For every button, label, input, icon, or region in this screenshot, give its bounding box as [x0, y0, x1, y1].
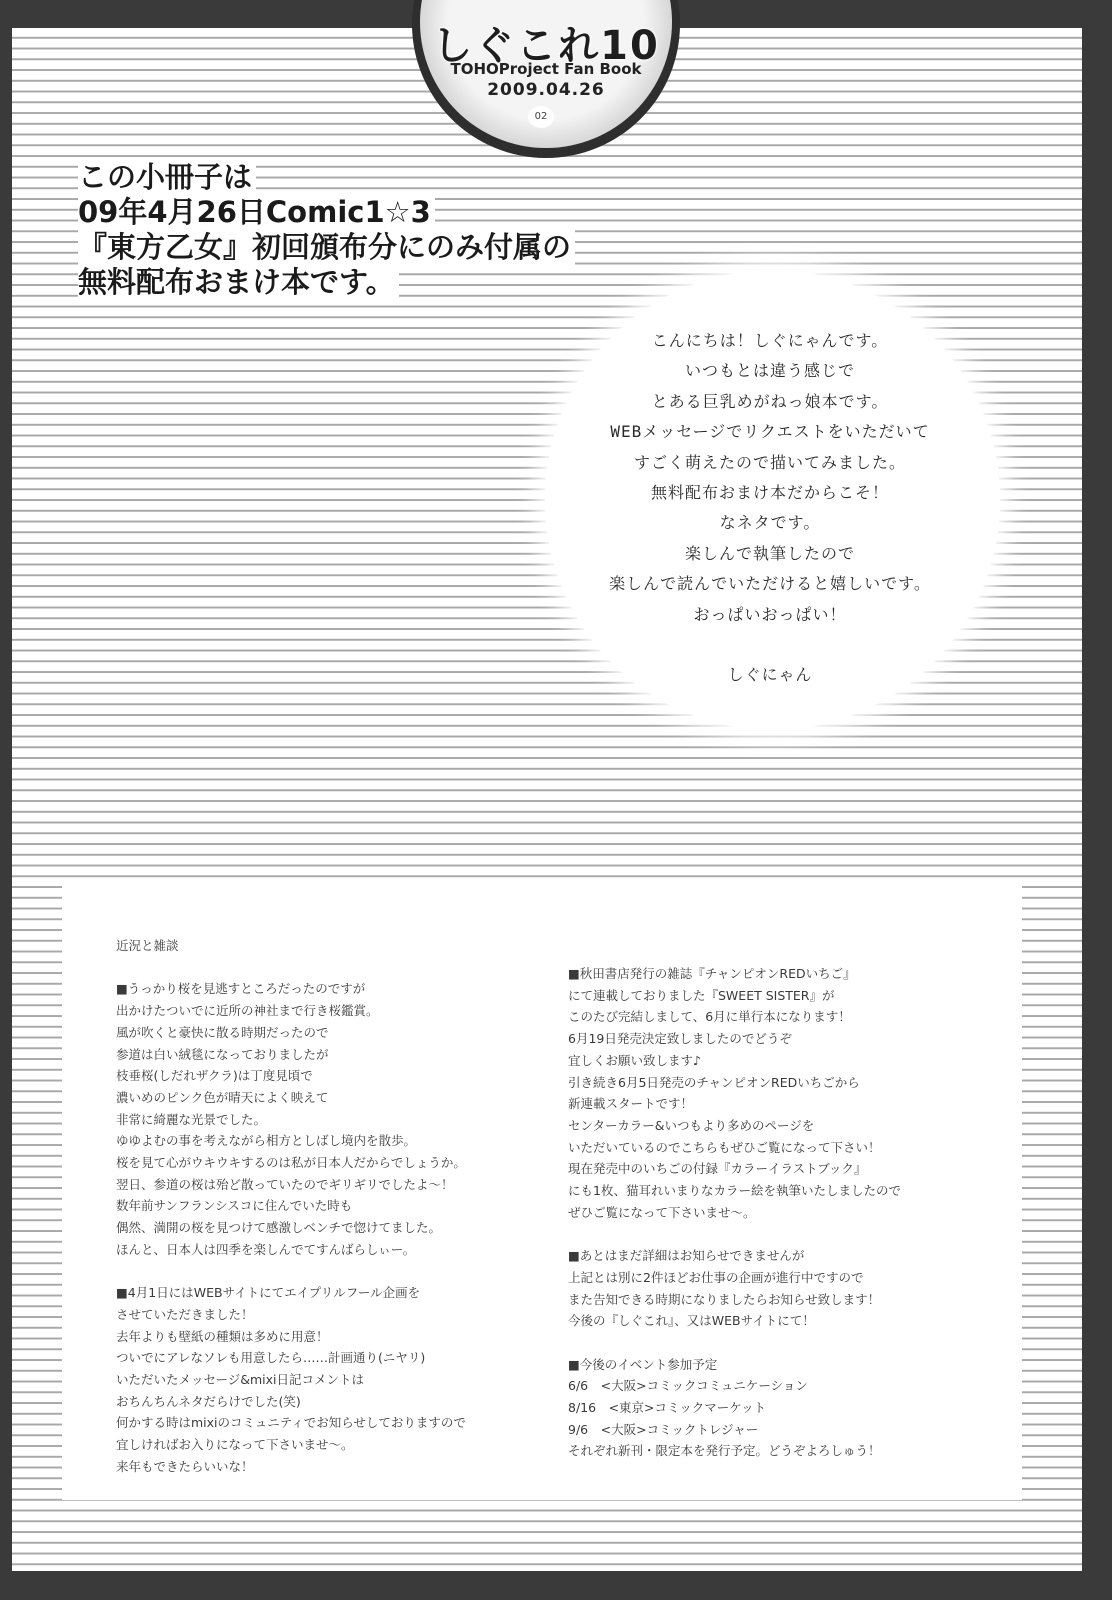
page-number: 02 — [528, 106, 554, 128]
text-line: 去年よりも壁紙の種類は多めに用意！ — [116, 1326, 536, 1348]
author-message: こんにちは！しぐにゃんです。 いつもとは違う感じで とある巨乳めがねっ娘本です。… — [560, 326, 980, 690]
text-line: 来年もできたらいいな！ — [116, 1456, 536, 1478]
text-line: させていただきました！ — [116, 1304, 536, 1326]
message-line: おっぱいおっぱい！ — [560, 600, 980, 630]
book-date: 2009.04.26 — [412, 80, 680, 100]
message-line: 無料配布おまけ本だからこそ！ — [560, 478, 980, 508]
text-line: 枝垂桜(しだれザクラ)は丁度見頃で — [116, 1065, 536, 1087]
text-line: センターカラー&いつもより多めのページを — [568, 1115, 978, 1137]
text-line: ゆゆよむの事を考えながら相方としばし境内を散歩。 — [116, 1130, 536, 1152]
text-line: おちんちんネタだらけでした(笑) — [116, 1391, 536, 1413]
notes-left-column: 近況と雑談 ■うっかり桜を見逃すところだったのですが 出かけたついでに近所の神社… — [116, 935, 536, 1499]
text-line: 風が吹くと豪快に散る時期だったので — [116, 1022, 536, 1044]
text-line: 6月19日発売決定致しましたのでどうぞ — [568, 1028, 978, 1050]
message-line: なネタです。 — [560, 508, 980, 538]
text-line: ほんと、日本人は四季を楽しんでてすんばらしぃー。 — [116, 1239, 536, 1261]
message-line: とある巨乳めがねっ娘本です。 — [560, 387, 980, 417]
headline-block: この小冊子は 09年4月26日Comic1☆3 『東方乙女』初回頒布分にのみ付属… — [78, 160, 575, 300]
message-line: いつもとは違う感じで — [560, 356, 980, 386]
text-line: 非常に綺麗な光景でした。 — [116, 1109, 536, 1131]
text-line: 宜しければお入りになって下さいませ～。 — [116, 1434, 536, 1456]
text-line: 上記とは別に2件ほどお仕事の企画が進行中ですので — [568, 1267, 978, 1289]
text-line: 現在発売中のいちごの付録『カラーイラストブック』 — [568, 1158, 978, 1180]
message-line: WEBメッセージでリクエストをいただいて — [560, 417, 980, 447]
message-line: 楽しんで読んでいただけると嬉しいです。 — [560, 569, 980, 599]
text-line: ■あとはまだ詳細はお知らせできませんが — [568, 1245, 978, 1267]
text-line: それぞれ新刊・限定本を発行予定。どうぞよろしゅう！ — [568, 1440, 978, 1462]
text-line: ついでにアレなソレも用意したら……計画通り(ニヤリ) — [116, 1347, 536, 1369]
paragraph-event-schedule: ■今後のイベント参加予定 6/6 <大阪>コミックコミュニケーション 8/16 … — [568, 1354, 978, 1463]
text-line: また告知できる時期になりましたらお知らせ致します！ — [568, 1289, 978, 1311]
text-line: 新連載スタートです！ — [568, 1093, 978, 1115]
text-line: ■秋田書店発行の雑誌『チャンピオンREDいちご』 — [568, 963, 978, 985]
text-line: 翌日、参道の桜は殆ど散っていたのでギリギリでしたよ～！ — [116, 1174, 536, 1196]
text-line: 参道は白い絨毯になっておりましたが — [116, 1044, 536, 1066]
paragraph-serialization: ■秋田書店発行の雑誌『チャンピオンREDいちご』 にて連載しておりました『SWE… — [568, 963, 978, 1223]
text-line: にて連載しておりました『SWEET SISTER』が — [568, 985, 978, 1007]
text-line: ■うっかり桜を見逃すところだったのですが — [116, 978, 536, 1000]
text-line: このたび完結しまして、6月に単行本になります！ — [568, 1006, 978, 1028]
event-item: 9/6 <大阪>コミックトレジャー — [568, 1419, 978, 1441]
headline-line: 無料配布おまけ本です。 — [78, 265, 399, 300]
text-line: ■今後のイベント参加予定 — [568, 1354, 978, 1376]
notes-right-column: ■秋田書店発行の雑誌『チャンピオンREDいちご』 にて連載しておりました『SWE… — [568, 963, 978, 1484]
text-line: 数年前サンフランシスコに住んでいた時も — [116, 1195, 536, 1217]
text-line: 偶然、満開の桜を見つけて感激しベンチで惚けてました。 — [116, 1217, 536, 1239]
event-item: 6/6 <大阪>コミックコミュニケーション — [568, 1375, 978, 1397]
text-line: ぜひご覧になって下さいませ～。 — [568, 1202, 978, 1224]
event-item: 8/16 <東京>コミックマーケット — [568, 1397, 978, 1419]
text-line: 宜しくお願い致します♪ — [568, 1050, 978, 1072]
headline-line: 『東方乙女』初回頒布分にのみ付属の — [78, 230, 575, 265]
text-line: 桜を見て心がウキウキするのは私が日本人だからでしょうか。 — [116, 1152, 536, 1174]
text-line: にも1枚、猫耳れいまりなカラー絵を執筆いたしましたので — [568, 1180, 978, 1202]
headline-line: この小冊子は — [78, 160, 256, 195]
text-line: いただいたメッセージ&mixi日記コメントは — [116, 1369, 536, 1391]
text-line: 今後の『しぐこれ』、又はWEBサイトにて！ — [568, 1310, 978, 1332]
text-line: 引き続き6月5日発売のチャンピオンREDいちごから — [568, 1072, 978, 1094]
text-line: いただいているのでこちらもぜひご覧になって下さい！ — [568, 1137, 978, 1159]
section-title: 近況と雑談 — [116, 935, 536, 957]
text-line: 濃いめのピンク色が晴天によく映えて — [116, 1087, 536, 1109]
text-line: 出かけたついでに近所の神社まで行き桜鑑賞。 — [116, 1000, 536, 1022]
headline-line: 09年4月26日Comic1☆3 — [78, 195, 435, 230]
paragraph-april-fools: ■4月1日にはWEBサイトにてエイプリルフール企画を させていただきました！ 去… — [116, 1282, 536, 1477]
message-line: こんにちは！しぐにゃんです。 — [560, 326, 980, 356]
message-line: すごく萌えたので描いてみました。 — [560, 448, 980, 478]
paragraph-upcoming-work: ■あとはまだ詳細はお知らせできませんが 上記とは別に2件ほどお仕事の企画が進行中… — [568, 1245, 978, 1332]
paragraph-cherry-blossoms: ■うっかり桜を見逃すところだったのですが 出かけたついでに近所の神社まで行き桜鑑… — [116, 978, 536, 1260]
text-line: 何かする時はmixiのコミュニティでお知らせしておりますので — [116, 1412, 536, 1434]
author-signature: しぐにゃん — [560, 660, 980, 690]
message-line: 楽しんで執筆したので — [560, 539, 980, 569]
text-line: ■4月1日にはWEBサイトにてエイプリルフール企画を — [116, 1282, 536, 1304]
book-subtitle: TOHOProject Fan Book — [412, 60, 680, 78]
